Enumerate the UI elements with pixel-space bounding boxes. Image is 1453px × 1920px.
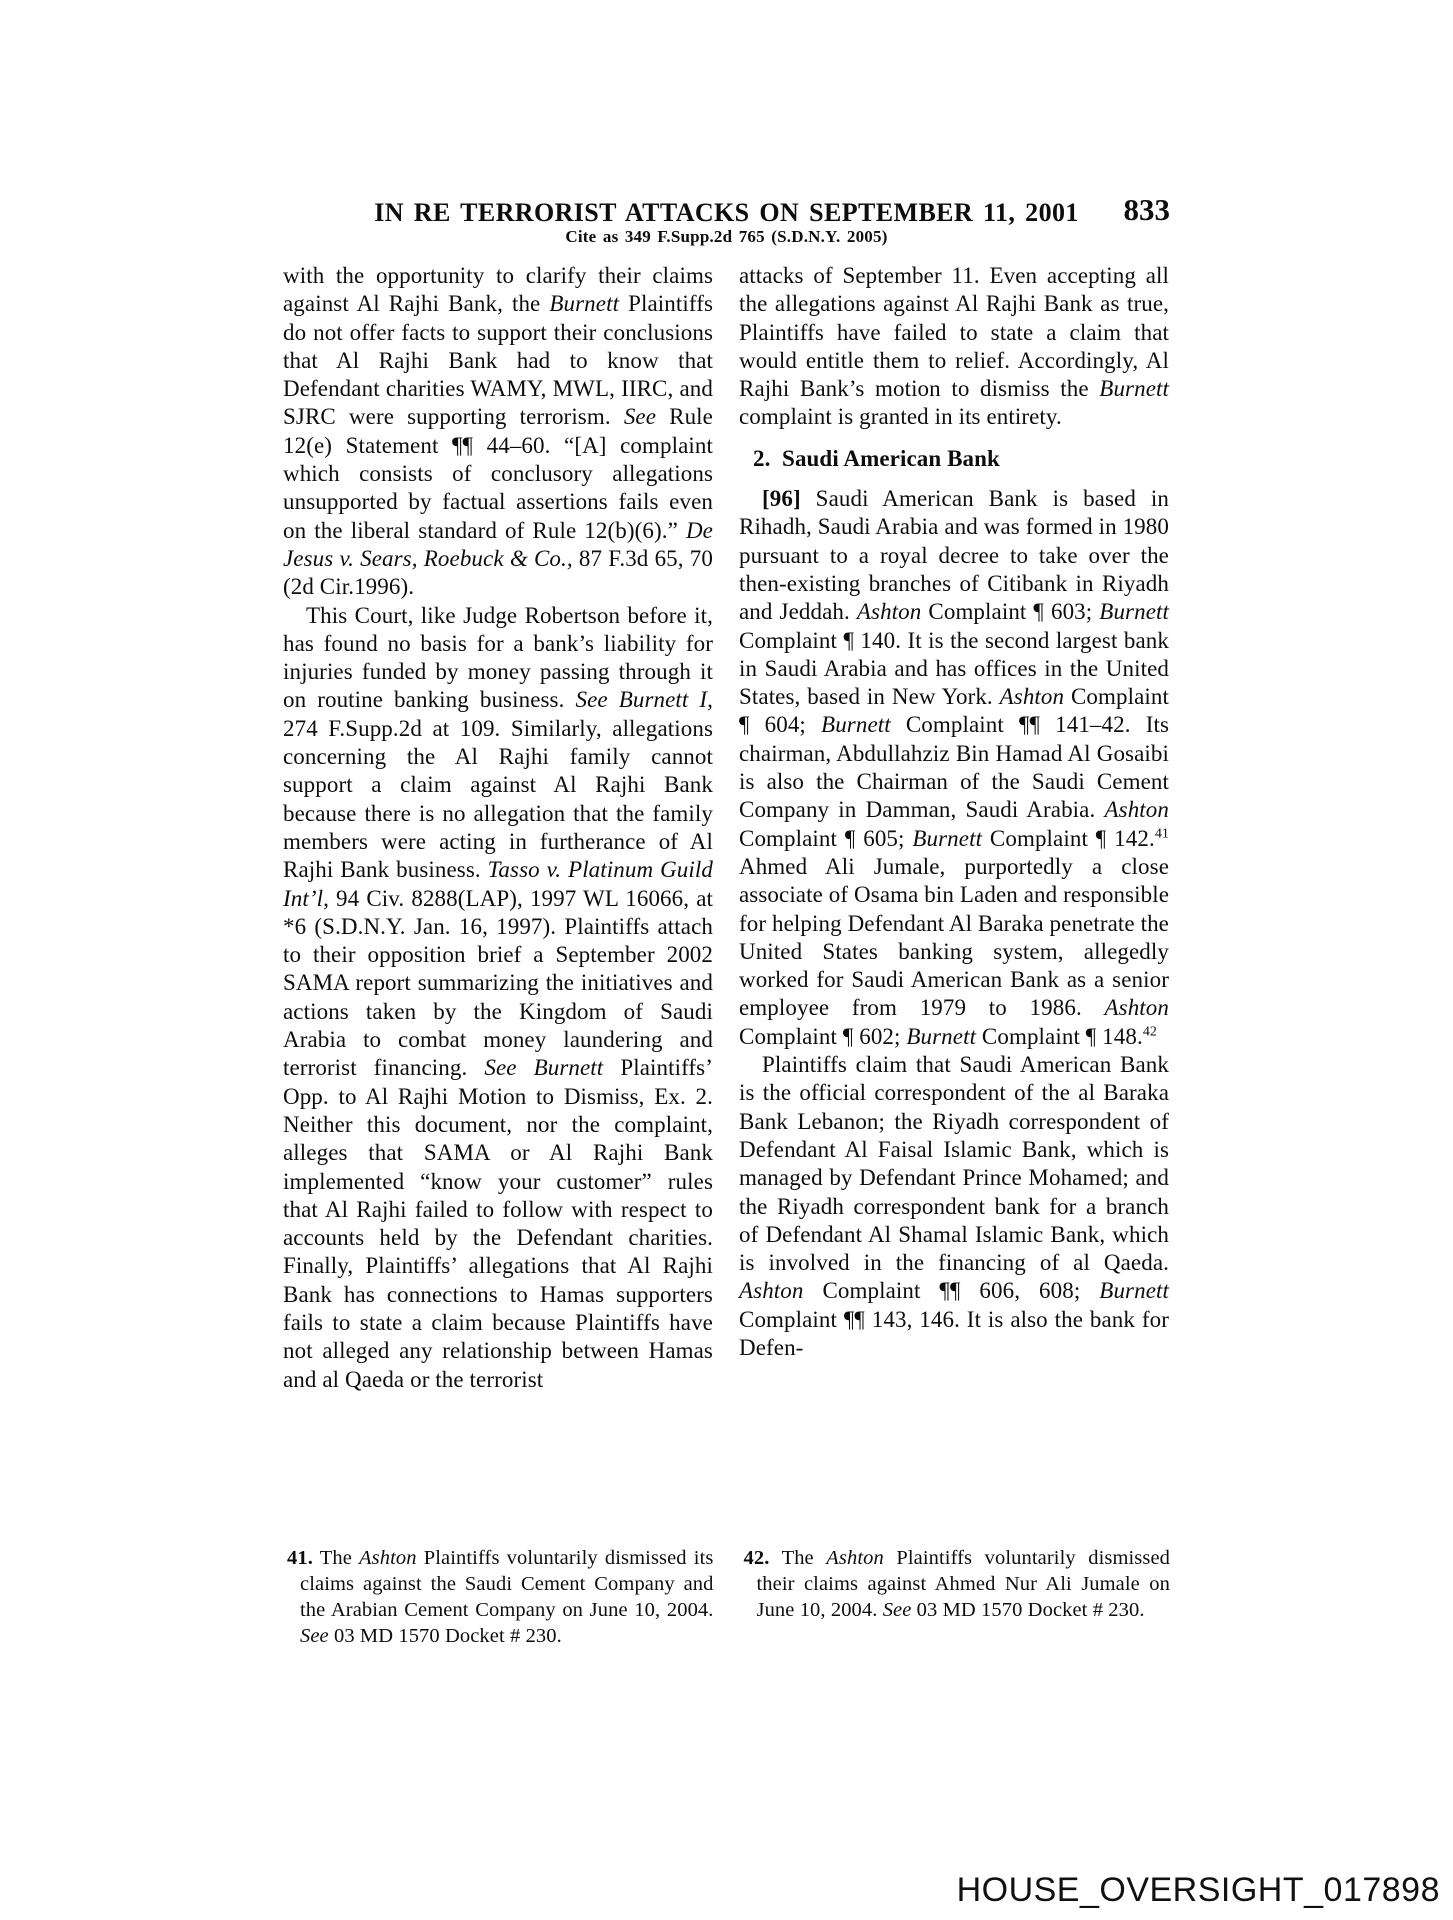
text-run: Ashton bbox=[1000, 684, 1065, 709]
body-paragraph: [96] Saudi American Bank is based in Rih… bbox=[739, 485, 1169, 1051]
text-run: Burnett bbox=[906, 1024, 976, 1049]
running-head: IN RE TERRORIST ATTACKS ON SEPTEMBER 11,… bbox=[283, 198, 1170, 228]
text-run: Complaint ¶ 142. bbox=[982, 826, 1155, 851]
court-opinion-page: IN RE TERRORIST ATTACKS ON SEPTEMBER 11,… bbox=[0, 0, 1453, 1920]
text-run: 41 bbox=[1155, 826, 1169, 841]
text-run: Complaint ¶ 605; bbox=[739, 826, 912, 851]
text-run: Ashton bbox=[857, 599, 922, 624]
text-run: 41. bbox=[287, 1547, 313, 1569]
text-run: Burnett bbox=[549, 291, 619, 316]
text-run: Burnett bbox=[821, 712, 891, 737]
text-run: 03 MD 1570 Docket # 230. bbox=[329, 1625, 562, 1647]
text-run: Ashton bbox=[826, 1547, 884, 1569]
text-run: See bbox=[883, 1599, 912, 1621]
text-run: Burnett bbox=[1099, 599, 1169, 624]
right-column: attacks of September 11. Even accepting … bbox=[739, 262, 1169, 1394]
text-run: Complaint ¶ 148. bbox=[976, 1024, 1143, 1049]
text-run: 42. bbox=[744, 1547, 770, 1569]
body-paragraph: with the opportunity to clarify their cl… bbox=[283, 262, 713, 602]
body-paragraph: This Court, like Judge Robertson before … bbox=[283, 602, 713, 1394]
footnote-41: 41. The Ashton Plaintiffs voluntarily di… bbox=[283, 1545, 714, 1649]
text-run: [96] bbox=[762, 486, 801, 511]
text-run: Burnett bbox=[1099, 1278, 1169, 1303]
text-run: Complaint ¶ 602; bbox=[739, 1024, 906, 1049]
body-paragraph: attacks of September 11. Even accepting … bbox=[739, 262, 1169, 432]
text-run: See bbox=[624, 404, 656, 429]
text-run: 94 Civ. 8288(LAP), 1997 WL 16066, at *6 … bbox=[283, 886, 713, 1081]
text-run: See Burnett I, bbox=[575, 687, 713, 712]
case-title: IN RE TERRORIST ATTACKS ON SEPTEMBER 11,… bbox=[283, 198, 1170, 228]
text-run: Ashton bbox=[1105, 995, 1170, 1020]
text-run: Burnett bbox=[912, 826, 982, 851]
body-paragraph: Plaintiffs claim that Saudi American Ban… bbox=[739, 1051, 1169, 1362]
text-run: Burnett bbox=[1099, 376, 1169, 401]
text-run: Plaintiffs’ Opp. to Al Rajhi Motion to D… bbox=[283, 1055, 713, 1391]
text-run: Plaintiffs claim that Saudi American Ban… bbox=[739, 1052, 1169, 1275]
bates-number-watermark: HOUSE_OVERSIGHT_017898 bbox=[957, 1871, 1440, 1910]
text-run: 2. Saudi American Bank bbox=[753, 446, 1000, 471]
text-run: Complaint ¶¶ 143, 146. It is also the ba… bbox=[739, 1307, 1169, 1360]
text-run: Complaint ¶¶ 606, 608; bbox=[804, 1278, 1100, 1303]
text-run: complaint is granted in its entirety. bbox=[739, 404, 1062, 429]
left-column: with the opportunity to clarify their cl… bbox=[283, 262, 713, 1394]
text-run: See bbox=[300, 1625, 329, 1647]
text-run: 42 bbox=[1143, 1024, 1157, 1039]
text-run: The bbox=[313, 1547, 359, 1569]
footnote-42: 42. The Ashton Plaintiffs voluntarily di… bbox=[740, 1545, 1171, 1649]
text-run: Ashton bbox=[739, 1278, 804, 1303]
body-columns: with the opportunity to clarify their cl… bbox=[283, 262, 1170, 1394]
text-run: 03 MD 1570 Docket # 230. bbox=[911, 1599, 1144, 1621]
page-number: 833 bbox=[1124, 192, 1171, 228]
text-run: See Burnett bbox=[484, 1055, 603, 1080]
text-run: The bbox=[769, 1547, 826, 1569]
text-run: Complaint ¶ 603; bbox=[921, 599, 1099, 624]
text-run: Ashton bbox=[1105, 797, 1170, 822]
footnotes: 41. The Ashton Plaintiffs voluntarily di… bbox=[283, 1545, 1170, 1649]
text-run: Ashton bbox=[359, 1547, 417, 1569]
section-heading: 2. Saudi American Bank bbox=[739, 445, 1169, 473]
citation-line: Cite as 349 F.Supp.2d 765 (S.D.N.Y. 2005… bbox=[283, 227, 1170, 247]
